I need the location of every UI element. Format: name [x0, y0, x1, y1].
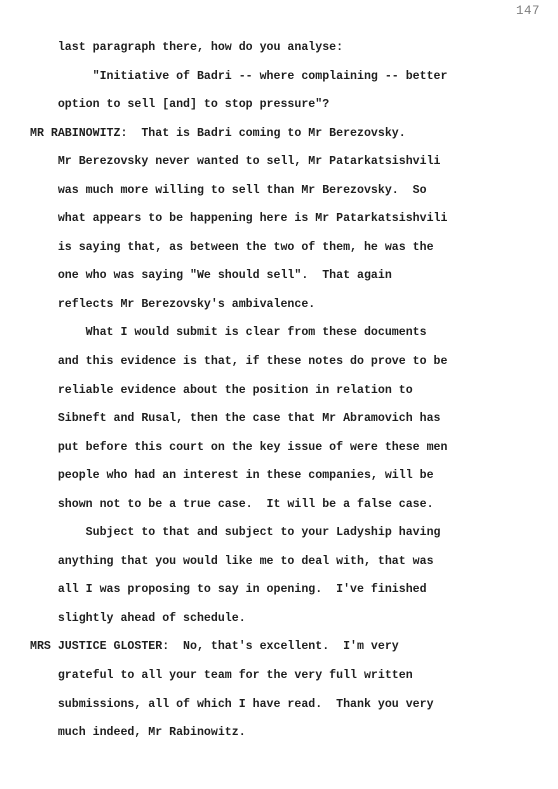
- transcript-line: What I would submit is clear from these …: [30, 319, 558, 348]
- transcript-line: people who had an interest in these comp…: [30, 462, 558, 491]
- transcript-body: last paragraph there, how do you analyse…: [30, 34, 558, 748]
- transcript-line: much indeed, Mr Rabinowitz.: [30, 719, 558, 748]
- transcript-line: reliable evidence about the position in …: [30, 377, 558, 406]
- page-number: 147: [516, 4, 540, 18]
- transcript-line: put before this court on the key issue o…: [30, 434, 558, 463]
- transcript-line: option to sell [and] to stop pressure"?: [30, 91, 558, 120]
- transcript-line: Mr Berezovsky never wanted to sell, Mr P…: [30, 148, 558, 177]
- transcript-line: is saying that, as between the two of th…: [30, 234, 558, 263]
- transcript-line: last paragraph there, how do you analyse…: [30, 34, 558, 63]
- transcript-line: "Initiative of Badri -- where complainin…: [30, 63, 558, 92]
- transcript-line: submissions, all of which I have read. T…: [30, 691, 558, 720]
- transcript-line: grateful to all your team for the very f…: [30, 662, 558, 691]
- transcript-line: all I was proposing to say in opening. I…: [30, 576, 558, 605]
- transcript-line: what appears to be happening here is Mr …: [30, 205, 558, 234]
- transcript-line: MRS JUSTICE GLOSTER: No, that's excellen…: [30, 633, 558, 662]
- transcript-line: one who was saying "We should sell". Tha…: [30, 262, 558, 291]
- transcript-line: Sibneft and Rusal, then the case that Mr…: [30, 405, 558, 434]
- transcript-line: reflects Mr Berezovsky's ambivalence.: [30, 291, 558, 320]
- transcript-line: Subject to that and subject to your Lady…: [30, 519, 558, 548]
- transcript-line: anything that you would like me to deal …: [30, 548, 558, 577]
- transcript-line: MR RABINOWITZ: That is Badri coming to M…: [30, 120, 558, 149]
- transcript-line: and this evidence is that, if these note…: [30, 348, 558, 377]
- transcript-line: was much more willing to sell than Mr Be…: [30, 177, 558, 206]
- transcript-line: slightly ahead of schedule.: [30, 605, 558, 634]
- transcript-line: shown not to be a true case. It will be …: [30, 491, 558, 520]
- transcript-page: 147 last paragraph there, how do you ana…: [0, 0, 558, 789]
